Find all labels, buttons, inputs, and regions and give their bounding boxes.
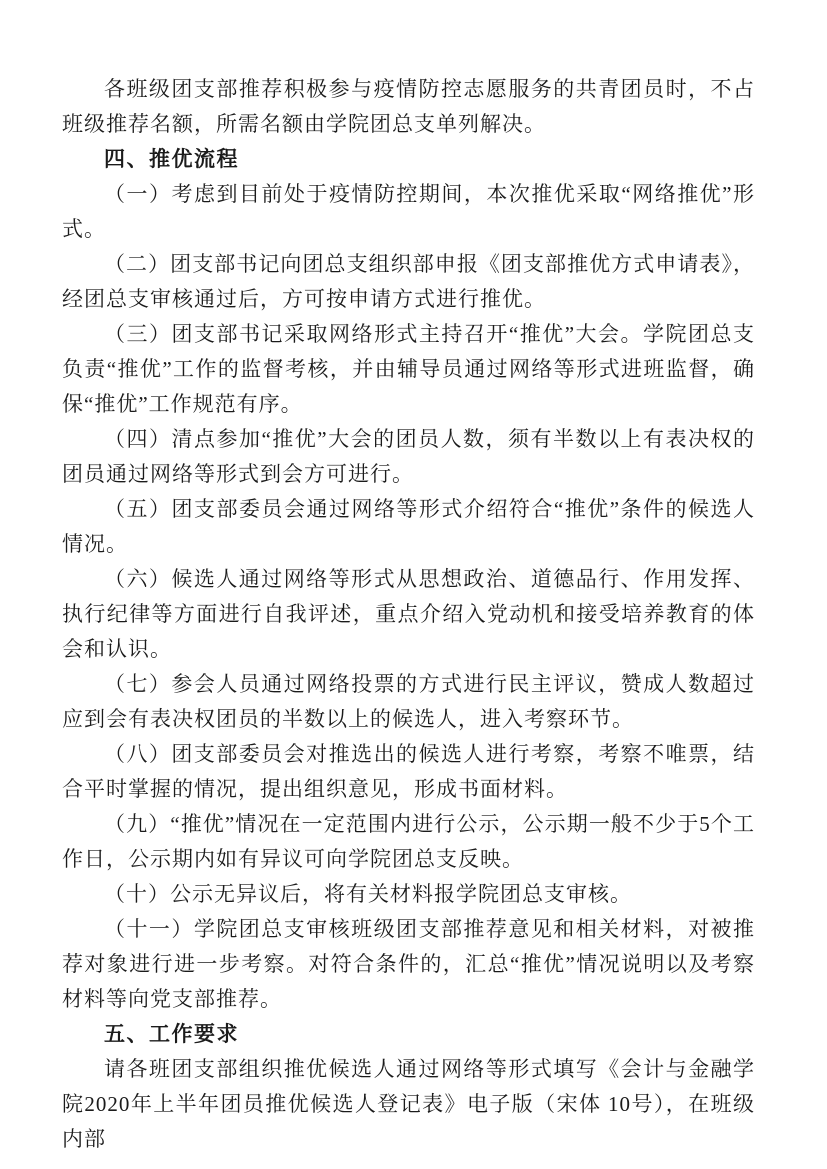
paragraph-step-1: （一）考虑到目前处于疫情防控期间，本次推优采取“网络推优”形式。 [62, 177, 755, 247]
document-page: 各班级团支部推荐积极参与疫情防控志愿服务的共青团员时，不占班级推荐名额，所需名额… [0, 0, 827, 1169]
paragraph-step-11: （十一）学院团总支审核班级团支部推荐意见和相关材料，对被推荐对象进行进一步考察。… [62, 912, 755, 1017]
paragraph-step-9: （九）“推优”情况在一定范围内进行公示，公示期一般不少于5个工作日，公示期内如有… [62, 807, 755, 877]
paragraph-step-3: （三）团支部书记采取网络形式主持召开“推优”大会。学院团总支负责“推优”工作的监… [62, 317, 755, 422]
paragraph-step-8: （八）团支部委员会对推选出的候选人进行考察，考察不唯票，结合平时掌握的情况，提出… [62, 737, 755, 807]
paragraph-step-6: （六）候选人通过网络等形式从思想政治、道德品行、作用发挥、执行纪律等方面进行自我… [62, 562, 755, 667]
section-heading-gongzuo-yaoqiu: 五、工作要求 [62, 1017, 755, 1052]
paragraph-step-4: （四）清点参加“推优”大会的团员人数，须有半数以上有表决权的团员通过网络等形式到… [62, 422, 755, 492]
paragraph-work-requirements: 请各班团支部组织推优候选人通过网络等形式填写《会计与金融学院2020年上半年团员… [62, 1052, 755, 1157]
paragraph-step-5: （五）团支部委员会通过网络等形式介绍符合“推优”条件的候选人情况。 [62, 492, 755, 562]
paragraph-step-2: （二）团支部书记向团总支组织部申报《团支部推优方式申请表》，经团总支审核通过后，… [62, 247, 755, 317]
paragraph-step-7: （七）参会人员通过网络投票的方式进行民主评议，赞成人数超过应到会有表决权团员的半… [62, 667, 755, 737]
paragraph-step-10: （十）公示无异议后，将有关材料报学院团总支审核。 [62, 877, 755, 912]
section-heading-tuiyou-liucheng: 四、推优流程 [62, 142, 755, 177]
paragraph-quota-note: 各班级团支部推荐积极参与疫情防控志愿服务的共青团员时，不占班级推荐名额，所需名额… [62, 72, 755, 142]
